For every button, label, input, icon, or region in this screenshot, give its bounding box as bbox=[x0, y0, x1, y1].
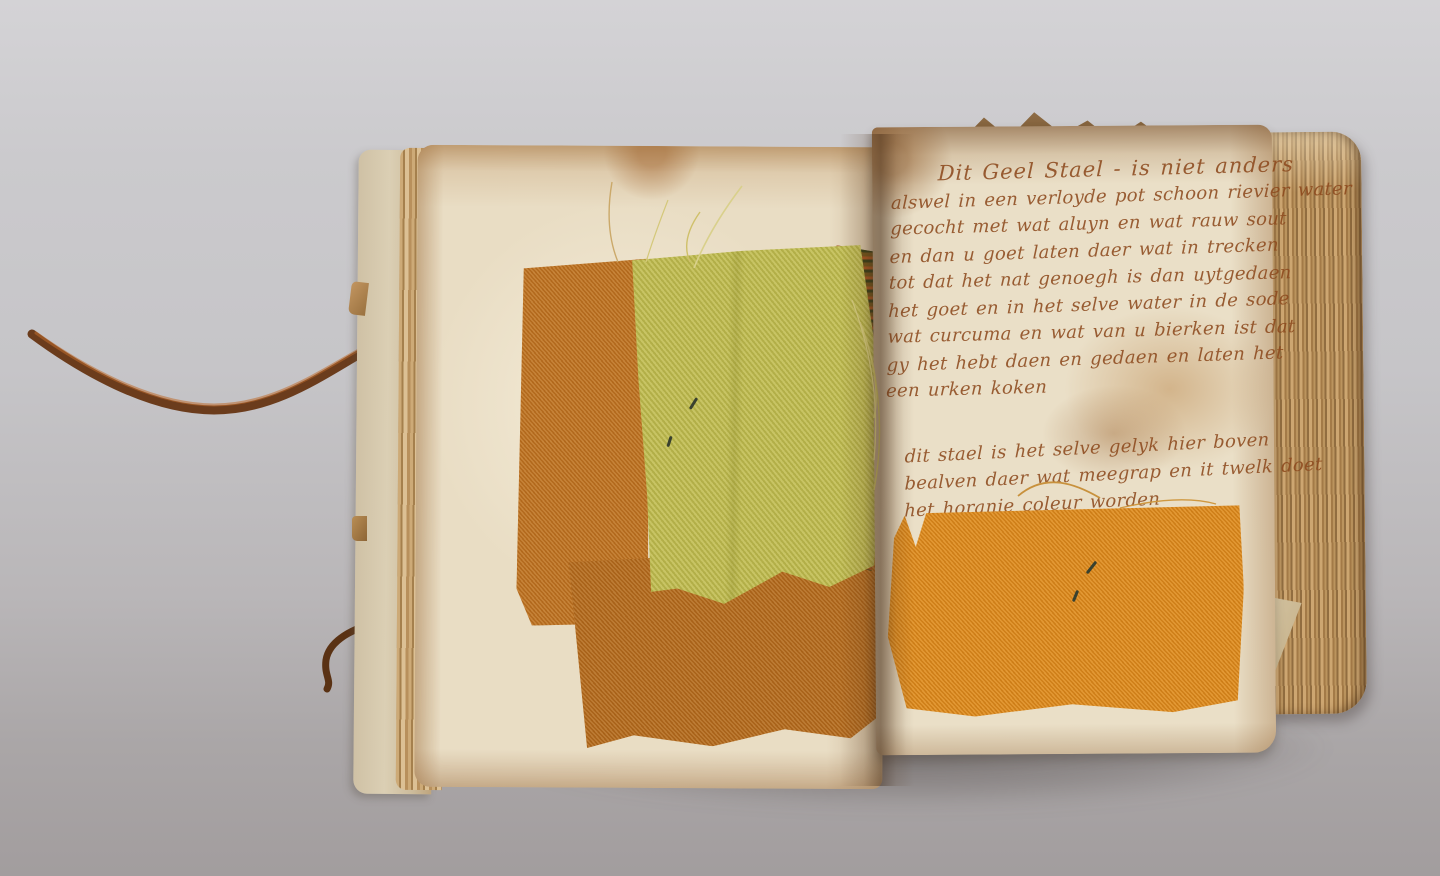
photo-scene: Dit Geel Stael - is niet anders alswel i… bbox=[0, 0, 1440, 876]
fabric-swatch-yellow-green bbox=[619, 238, 886, 610]
handwritten-recipe-block-1: Dit Geel Stael - is niet anders alswel i… bbox=[886, 150, 1353, 405]
fabric-swatch-orange-right-page bbox=[883, 494, 1245, 722]
leather-tie-top bbox=[32, 334, 382, 410]
tie-attachment-nub bbox=[352, 516, 367, 541]
